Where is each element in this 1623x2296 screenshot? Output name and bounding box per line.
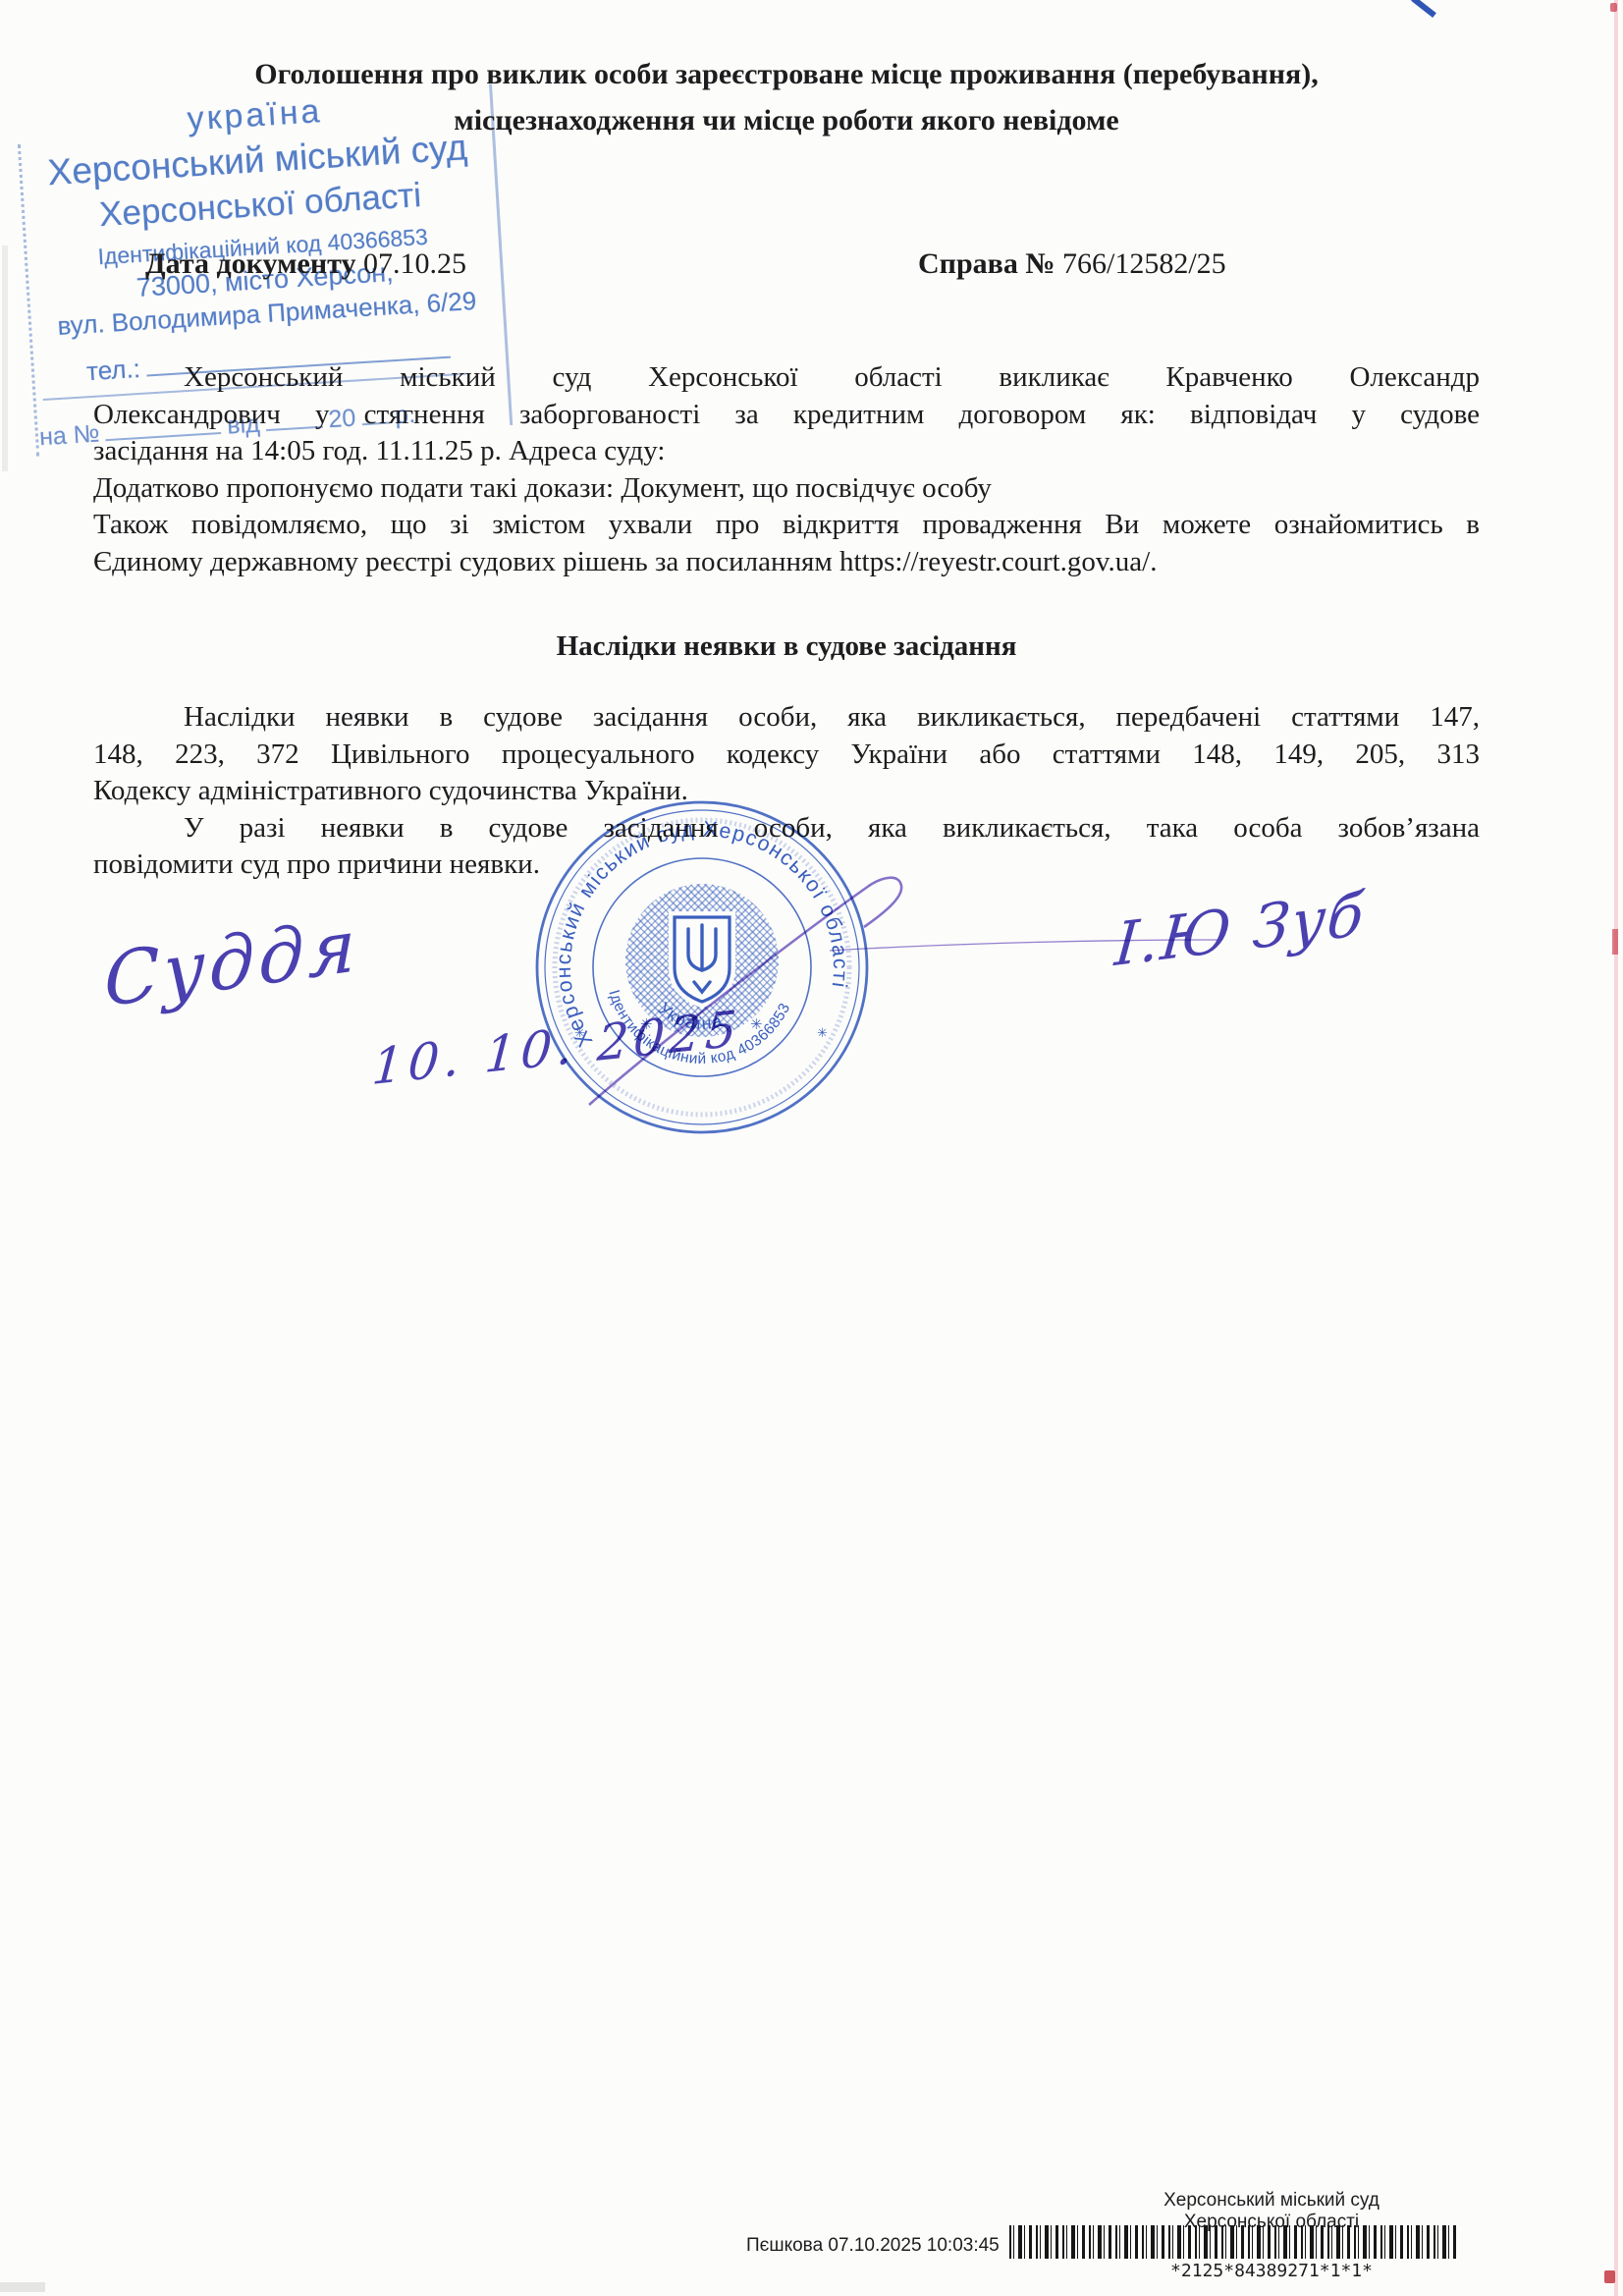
date-label: Дата документу xyxy=(145,247,355,280)
text-line: засідання на 14:05 год. 11.11.25 р. Адре… xyxy=(93,433,1480,470)
section-heading: Наслідки неявки в судове засідання xyxy=(93,630,1480,663)
stamp-ref-label: на № xyxy=(38,420,100,452)
pen-stroke-hairline xyxy=(830,940,1217,951)
document-title-line2: місцезнаходження чи місце роботи якого н… xyxy=(93,97,1480,143)
text-line: Наслідки неявки в судове засідання особи… xyxy=(93,699,1480,737)
date-value: 07.10.25 xyxy=(363,247,466,280)
paragraph-evidence: Додатково пропонуємо подати такі докази:… xyxy=(93,470,1480,508)
pen-stroke-diagonal xyxy=(589,878,901,1105)
scan-artifact-red-segment xyxy=(1612,929,1618,955)
paragraph-registry: Також повідомляємо, що зі змістом ухвали… xyxy=(93,507,1480,580)
case-label: Справа № xyxy=(918,247,1055,280)
text-line: Олександрович у стягнення заборгованості… xyxy=(93,397,1480,434)
barcode-caption: *2125*84389271*1*1* xyxy=(1060,2261,1483,2281)
scan-artifact-gray-left xyxy=(2,246,8,471)
document-title: Оголошення про виклик особи зареєстрован… xyxy=(93,51,1480,143)
pen-stroke-overlay xyxy=(373,825,1237,1139)
text-line: Херсонський міський суд Херсонської обла… xyxy=(93,359,1480,397)
scan-artifact-blue-mark xyxy=(1411,0,1436,18)
footer-court-line1: Херсонський міський суд xyxy=(1060,2190,1483,2212)
paragraph-summons: Херсонський міський суд Херсонської обла… xyxy=(93,359,1480,470)
scan-artifact-right-edge xyxy=(1614,0,1618,2296)
scan-artifact-gray-bottom-left xyxy=(0,2282,45,2292)
text-line: Також повідомляємо, що зі змістом ухвали… xyxy=(93,507,1480,544)
scan-artifact-red-dot-bottom xyxy=(1604,2270,1615,2283)
body-text-top: Херсонський міський суд Херсонської обла… xyxy=(93,359,1480,581)
text-line: Єдиному державному реєстрі судових рішен… xyxy=(93,544,1480,581)
handwritten-judge-signature: Суддя xyxy=(104,902,359,1023)
text-line: 148, 223, 372 Цивільного процесуального … xyxy=(93,737,1480,774)
document-title-line1: Оголошення про виклик особи зареєстрован… xyxy=(93,51,1480,97)
scan-artifact-red-dot-top xyxy=(1610,3,1617,12)
scanned-court-document: Оголошення про виклик особи зареєстрован… xyxy=(0,0,1623,2296)
case-number: Справа № 766/12582/25 xyxy=(918,247,1226,281)
case-value: 766/12582/25 xyxy=(1062,247,1226,280)
document-date: Дата документу 07.10.25 xyxy=(145,247,466,281)
footer-clerk-timestamp: Пєшкова 07.10.2025 10:03:45 xyxy=(746,2235,1000,2257)
barcode xyxy=(1009,2225,1459,2259)
